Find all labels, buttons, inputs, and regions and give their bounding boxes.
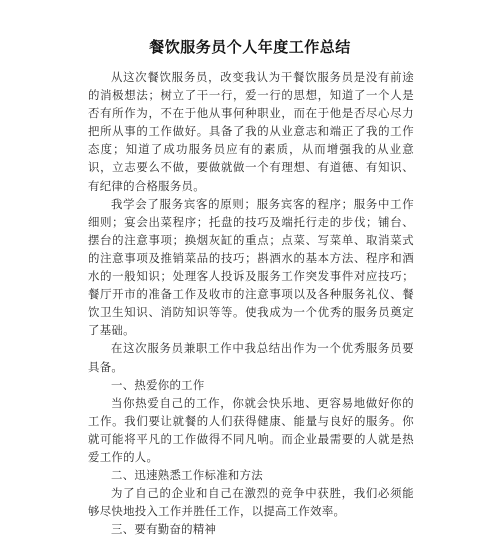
paragraph-learn-standards: 为了自己的企业和自己在激烈的竞争中获胜，我们必须能够尽快地投入工作并胜任工作，以… <box>88 484 414 520</box>
document-body: 从这次餐饮服务员，改变我认为干餐饮服务员是没有前途的消极想法；树立了干一行，爱一… <box>88 68 414 538</box>
paragraph-skills-learned: 我学会了服务宾客的原则；服务宾客的程序；服务中工作细则；宴会出菜程序；托盘的技巧… <box>88 195 414 340</box>
paragraph-summary-lead: 在这次服务员兼职工作中我总结出作为一个优秀服务员要具备。 <box>88 339 414 375</box>
heading-learn-standards: 二、迅速熟悉工作标准和方法 <box>88 466 414 484</box>
paragraph-love-your-work: 当你热爱自己的工作，你就会快乐地、更容易地做好你的工作。我们要让就餐的人们获得健… <box>88 394 414 466</box>
paragraph-intro: 从这次餐饮服务员，改变我认为干餐饮服务员是没有前途的消极想法；树立了干一行，爱一… <box>88 68 414 195</box>
heading-diligence: 三、要有勤奋的精神 <box>88 520 414 538</box>
document-page: 餐饮服务员个人年度工作总结 从这次餐饮服务员，改变我认为干餐饮服务员是没有前途的… <box>0 0 500 548</box>
heading-love-your-work: 一、热爱你的工作 <box>88 376 414 394</box>
document-title: 餐饮服务员个人年度工作总结 <box>0 36 500 57</box>
